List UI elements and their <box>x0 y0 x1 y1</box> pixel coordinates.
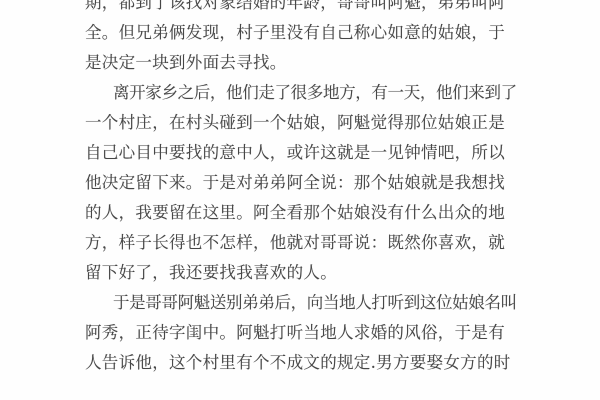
text-block: 期，都到了该找对象结婚的年龄，哥哥叫阿魁，弟弟叫阿 全。但兄弟俩发现，村子里没有… <box>85 0 523 378</box>
text-line: 人告诉他，这个村里有个不成文的规定.男方要娶女方的时 <box>85 348 523 378</box>
text-line: 阿秀，正待字闺中。阿魁打听当地人求婚的风俗，于是有 <box>85 318 523 348</box>
text-line: 于是哥哥阿魁送别弟弟后，向当地人打听到这位姑娘名叫 <box>85 288 523 318</box>
text-line: 留下好了，我还要找我喜欢的人。 <box>85 258 523 288</box>
text-line: 的人，我要留在这里。阿全看那个姑娘没有什么出众的地 <box>85 198 523 228</box>
text-line: 全。但兄弟俩发现，村子里没有自己称心如意的姑娘，于 <box>85 18 523 48</box>
text-line: 自己心目中要找的意中人，或许这就是一见钟情吧，所以 <box>85 138 523 168</box>
text-line: 离开家乡之后，他们走了很多地方，有一天，他们来到了 <box>85 78 523 108</box>
text-line: 期，都到了该找对象结婚的年龄，哥哥叫阿魁，弟弟叫阿 <box>85 0 523 18</box>
text-line: 他决定留下来。于是对弟弟阿全说：那个姑娘就是我想找 <box>85 168 523 198</box>
text-line: 是决定一块到外面去寻找。 <box>85 48 523 78</box>
text-line: 一个村庄，在村头碰到一个姑娘，阿魁觉得那位姑娘正是 <box>85 108 523 138</box>
document-page: 期，都到了该找对象结婚的年龄，哥哥叫阿魁，弟弟叫阿 全。但兄弟俩发现，村子里没有… <box>0 0 600 400</box>
text-line: 方，样子长得也不怎样，他就对哥哥说：既然你喜欢，就 <box>85 228 523 258</box>
